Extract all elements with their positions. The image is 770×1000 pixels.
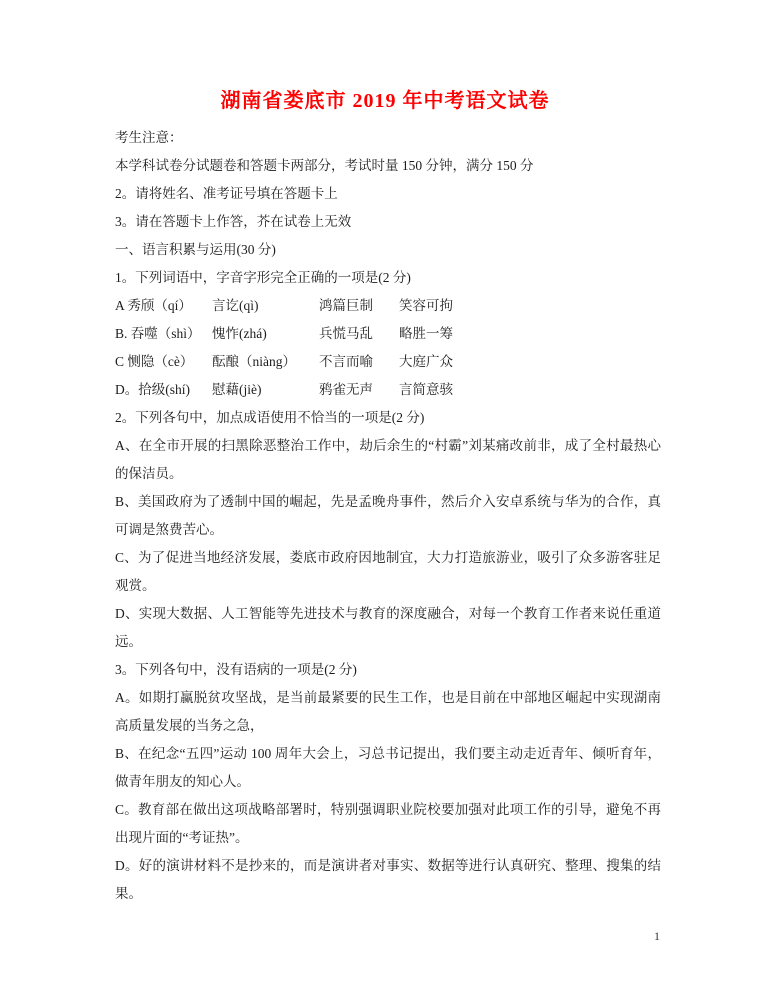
option-cell: 言讫(qì) — [212, 292, 319, 320]
question-3-stem: 3。下列各句中，没有语病的一项是(2 分) — [115, 656, 661, 684]
question-2-option-a: A、在全市开展的扫黑除恶整治工作中，劫后余生的“村霸”刘某痛改前非，成了全村最热… — [115, 432, 661, 488]
question-3-option-a: A。如期打赢脱贫攻坚战，是当前最紧要的民生工作，也是目前在中部地区崛起中实现湖南… — [115, 684, 661, 740]
question-1-option-row-d: D。拾级(shí) 慰藉(jiè) 鸦雀无声 言简意骇 — [115, 376, 661, 404]
option-cell: 笑容可拘 — [399, 292, 661, 320]
option-cell: 酝酿（niàng） — [212, 348, 319, 376]
notice-item-3: 3。请在答题卡上作答，芥在试卷上无效 — [115, 208, 661, 236]
option-cell: 大庭广众 — [399, 348, 661, 376]
option-cell: 愧怍(zhá) — [212, 320, 319, 348]
page-number: 1 — [654, 928, 660, 944]
question-1-option-row-b: B. 吞噬（shì） 愧怍(zhá) 兵慌马乱 略胜一筹 — [115, 320, 661, 348]
question-3-option-c: C。教育部在做出这项战略部署时，特别强调职业院校要加强对此项工作的引导，避兔不再… — [115, 796, 661, 852]
question-1-stem: 1。下列词语中，字音字形完全正确的一项是(2 分) — [115, 264, 661, 292]
section-heading: 一、语言积累与运用(30 分) — [115, 236, 661, 264]
question-1-option-row-a: A 秀颀（qí） 言讫(qì) 鸿篇巨制 笑容可拘 — [115, 292, 661, 320]
option-cell: 不言而喻 — [319, 348, 399, 376]
question-2-option-b: B、美国政府为了透制中国的崛起，先是孟晚舟事件，然后介入安卓系统与华为的合作，真… — [115, 488, 661, 544]
document-body: 考生注意： 本学科试卷分试题卷和答题卡两部分，考试时量 150 分钟，满分 15… — [115, 124, 661, 908]
question-2-stem: 2。下列各句中，加点成语使用不恰当的一项是(2 分) — [115, 404, 661, 432]
option-cell: 兵慌马乱 — [319, 320, 399, 348]
option-cell: 言简意骇 — [399, 376, 661, 404]
question-2-option-d: D、实现大数据、人工智能等先进技术与教育的深度融合，对每一个教育工作者来说任重道… — [115, 600, 661, 656]
question-1-option-row-c: C 恻隐（cè） 酝酿（niàng） 不言而喻 大庭广众 — [115, 348, 661, 376]
option-cell: 鸦雀无声 — [319, 376, 399, 404]
notice-heading: 考生注意： — [115, 124, 661, 152]
option-cell: 慰藉(jiè) — [212, 376, 319, 404]
option-cell: B. 吞噬（shì） — [115, 320, 212, 348]
option-cell: A 秀颀（qí） — [115, 292, 212, 320]
page-title: 湖南省娄底市 2019 年中考语文试卷 — [0, 86, 770, 116]
question-3-option-d: D。好的演讲材料不是抄来的，而是演讲者对事实、数据等进行认真研究、整理、搜集的结… — [115, 852, 661, 908]
option-cell: 鸿篇巨制 — [319, 292, 399, 320]
notice-item-2: 2。请将姓名、准考证号填在答题卡上 — [115, 180, 661, 208]
question-3-option-b: B、在纪念“五四”运动 100 周年大会上，习总书记提出，我们要主动走近青年、倾… — [115, 740, 661, 796]
question-2-option-c: C、为了促进当地经济发展，娄底市政府因地制宜，大力打造旅游业，吸引了众多游客驻足… — [115, 544, 661, 600]
option-cell: C 恻隐（cè） — [115, 348, 212, 376]
option-cell: 略胜一筹 — [399, 320, 661, 348]
exam-paper-page: 湖南省娄底市 2019 年中考语文试卷 考生注意： 本学科试卷分试题卷和答题卡两… — [0, 0, 770, 1000]
option-cell: D。拾级(shí) — [115, 376, 212, 404]
notice-item-1: 本学科试卷分试题卷和答题卡两部分，考试时量 150 分钟，满分 150 分 — [115, 152, 661, 180]
